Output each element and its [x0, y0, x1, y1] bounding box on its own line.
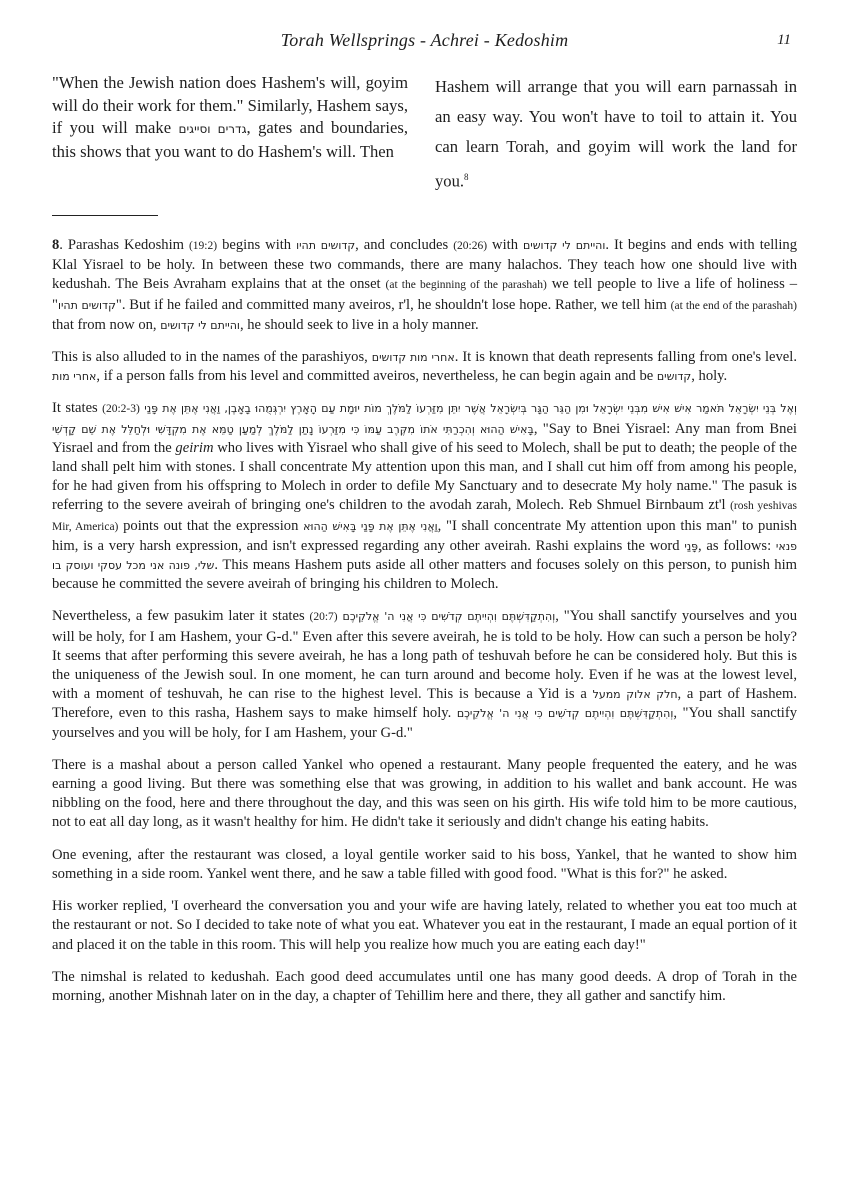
text: points out that the expression — [118, 518, 303, 534]
right-column: Hashem will arrange that you will earn p… — [435, 72, 797, 197]
text: . Parashas Kedoshim — [59, 237, 189, 253]
hebrew-phrase: וַאֲנִי אֶתֵּן אֶת פָּנַי בָּאִישׁ הַהוּ… — [303, 520, 438, 533]
running-header: Torah Wellsprings - Achrei - Kedoshim 11 — [52, 30, 797, 58]
footnote-paragraph-5: There is a mashal about a person called … — [52, 756, 797, 833]
footnote-paragraph-7: His worker replied, 'I overheard the con… — [52, 897, 797, 955]
hebrew-verse: וְהִתְקַדִּשְׁתֶּם וִהְיִיתֶם קְדֹשִׁים … — [343, 610, 556, 623]
text: It states — [52, 400, 102, 416]
italic-term: geirim — [175, 440, 213, 456]
parenthetical: (at the beginning of the parashah) — [386, 279, 547, 291]
footnote-reference[interactable]: 8 — [464, 172, 469, 182]
hebrew-verse: וְהִתְקַדִּשְׁתֶּם וִהְיִיתֶם קְדֹשִׁים … — [457, 707, 674, 720]
footnote-paragraph-4: Nevertheless, a few pasukim later it sta… — [52, 607, 797, 742]
verse-reference: (20:7) — [310, 611, 338, 623]
hebrew-phrase: אחרי מות קדושים — [372, 351, 455, 364]
page-number: 11 — [777, 32, 791, 49]
main-text-columns: "When the Jewish nation does Hashem's wi… — [52, 72, 797, 197]
text: . It is known that death represents fall… — [455, 349, 797, 365]
hebrew-phrase: והייתם לי קדושים — [160, 319, 240, 332]
hebrew-phrase: חלק אלוק ממעל — [593, 688, 678, 701]
text: , if a person falls from his level and c… — [96, 368, 656, 384]
footnote-section: 8. Parashas Kedoshim (19:2) begins with … — [52, 236, 797, 1019]
parenthetical: (at the end of the parashah) — [671, 300, 797, 312]
footnote-paragraph-2: This is also alluded to in the names of … — [52, 348, 797, 386]
text: This is also alluded to in the names of … — [52, 349, 372, 365]
running-title: Torah Wellsprings - Achrei - Kedoshim — [52, 30, 797, 51]
hebrew-phrase: אחרי מות — [52, 370, 96, 383]
left-column: "When the Jewish nation does Hashem's wi… — [52, 72, 408, 197]
text: , he should seek to live in a holy manne… — [240, 317, 479, 333]
hebrew-phrase: גדרים וסייגים — [179, 122, 247, 136]
hebrew-phrase: קדושים — [657, 370, 691, 383]
verse-reference: (20:2-3) — [102, 403, 140, 415]
footnote-paragraph-6: One evening, after the restaurant was cl… — [52, 846, 797, 884]
text: , holy. — [691, 368, 727, 384]
text: ". But if he failed and committed many a… — [116, 297, 671, 313]
text: , and concludes — [355, 237, 453, 253]
verse-reference: (19:2) — [189, 240, 217, 252]
text: begins with — [217, 237, 296, 253]
text: Nevertheless, a few pasukim later it sta… — [52, 608, 310, 624]
text: , as follows: — [698, 538, 776, 554]
right-text: Hashem will arrange that you will earn p… — [435, 77, 797, 191]
footnote-separator — [52, 215, 158, 216]
hebrew-phrase: קדושים תהיו — [296, 239, 355, 252]
footnote-paragraph-3: It states (20:2-3) וְאֶל בְּנֵי יִשְׂרָא… — [52, 399, 797, 594]
verse-reference: (20:26) — [453, 240, 487, 252]
hebrew-phrase: קדושים תהיו — [58, 299, 116, 312]
footnote-paragraph-1: 8. Parashas Kedoshim (19:2) begins with … — [52, 236, 797, 335]
hebrew-phrase: פָּנַי — [684, 540, 698, 553]
text: with — [487, 237, 523, 253]
text: that from now on, — [52, 317, 160, 333]
hebrew-phrase: והייתם לי קדושים — [523, 239, 605, 252]
footnote-paragraph-8: The nimshal is related to kedushah. Each… — [52, 968, 797, 1006]
